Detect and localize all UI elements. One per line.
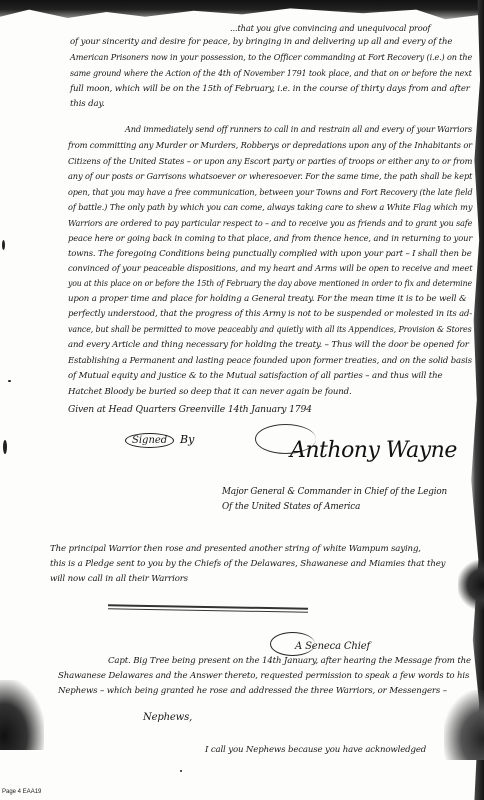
salutation: Nephews, [143, 712, 192, 723]
scan-speck [8, 380, 11, 382]
text-line: Establishing a Permanent and lasting pea… [68, 356, 472, 366]
scan-blot-right [458, 560, 484, 610]
text-line: American Prisoners now in your possessio… [70, 53, 472, 63]
text-line: this is a Pledge sent to you by the Chie… [50, 559, 445, 569]
title-line: Of the United States of America [222, 502, 360, 512]
text-line: peace here or going back in coming to th… [68, 234, 472, 244]
section-heading: A Seneca Chief [295, 641, 370, 652]
text-line: of battle.) The only path by which you c… [68, 203, 472, 213]
text-line: you at this place on or before the 15th … [68, 279, 472, 289]
by-label: By [180, 433, 194, 446]
dateline: Given at Head Quarters Greenville 14th J… [68, 404, 312, 415]
text-line: Hatchet Bloody be buried so deep that it… [68, 387, 352, 397]
text-line: from committing any Murder or Murders, R… [68, 141, 472, 151]
text-line: vance, but shall be permitted to move pe… [68, 325, 472, 335]
text-line: this day. [70, 99, 105, 109]
text-line: And immediately send off runners to call… [125, 125, 472, 135]
scan-blot-left [0, 680, 44, 750]
text-line: Capt. Big Tree being present on the 14th… [108, 656, 471, 666]
text-line: full moon, which will be on the 15th of … [70, 84, 470, 94]
text-line: same ground where the Action of the 4th … [70, 69, 472, 79]
text-line: perfectly understood, that the progress … [68, 309, 472, 319]
text-line: will now call in all their Warriors [50, 574, 188, 584]
text-line: convinced of your peaceable dispositions… [68, 264, 472, 274]
page-label: Page 4 EAA19 [2, 789, 41, 795]
signature: Anthony Wayne [290, 438, 457, 463]
text-line: any of our posts or Garrisons whatsoever… [68, 172, 472, 182]
scan-blot-right-bottom [444, 690, 484, 760]
text-line: and every Article and thing necessary fo… [68, 340, 469, 350]
text-line: of your sincerity and desire for peace, … [70, 37, 452, 47]
signed-label: Signed [125, 433, 174, 448]
text-line: Shawanese Delawares and the Answer there… [58, 671, 469, 681]
text-line: I call you Nephews because you have ackn… [205, 745, 426, 755]
text-line: Citizens of the United States – or upon … [68, 157, 472, 167]
manuscript-page: ...that you give convincing and unequivo… [0, 0, 484, 800]
scan-speck [2, 240, 5, 250]
text-line: upon a proper time and place for holding… [68, 294, 467, 304]
scan-speck [3, 440, 7, 454]
scan-edge-right [468, 0, 484, 800]
text-line: ...that you give convincing and unequivo… [230, 23, 430, 33]
text-line: towns. The foregoing Conditions being pu… [68, 249, 472, 259]
text-line: open, that you may have a free communica… [68, 188, 473, 198]
text-line: Warriors are ordered to pay particular r… [68, 219, 472, 229]
scan-speck [180, 770, 182, 772]
text-line: The principal Warrior then rose and pres… [50, 544, 421, 554]
text-line: of Mutual equity and justice & to the Mu… [68, 371, 442, 381]
text-line: Nephews – which being granted he rose an… [58, 686, 447, 696]
scan-edge-top [0, 0, 484, 24]
title-line: Major General & Commander in Chief of th… [222, 487, 447, 497]
